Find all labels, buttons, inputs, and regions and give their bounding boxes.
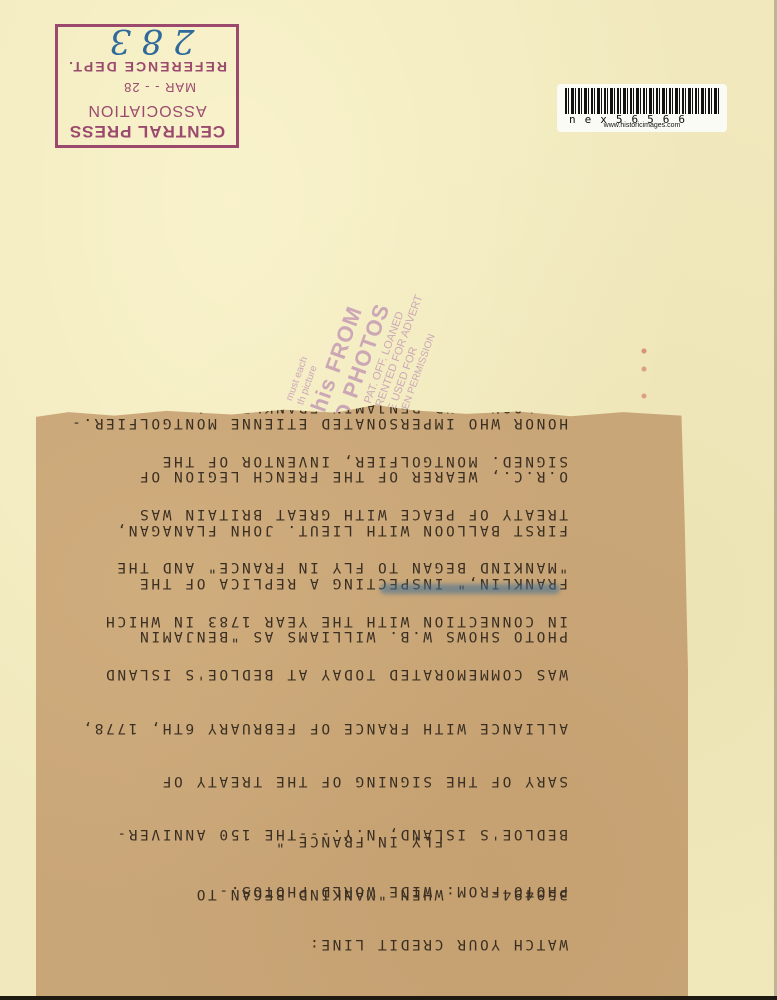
body-line: SARY OF THE SIGNING OF THE TREATY OF xyxy=(46,771,568,789)
blue-ink-smudge xyxy=(380,584,560,594)
headline-line: 350494- WHEN "MANKIND BEGAN TO xyxy=(46,885,568,903)
caption-date: 2/4/28.- xyxy=(146,360,237,378)
caption-text: WATCH YOUR CREDIT LINE: PHOTO FROM: WIDE… xyxy=(36,405,688,996)
body-line: BEDLOE'S ISLAND, N.Y.---THE 150 ANNIVER- xyxy=(46,825,568,843)
stamp-line-central-press: CENTRAL PRESS xyxy=(58,121,236,141)
barcode-label: nex56566 www.historicimages.com xyxy=(557,84,727,132)
stamp-line-association: ASSOCIATION xyxy=(58,101,236,119)
photo-line: PHOTO SHOWS W.B. WILLIAMS AS "BENJAMIN xyxy=(46,627,568,645)
photo-line: HONOR WHO IMPERSONATED ETIENNE MONTGOLFI… xyxy=(46,413,568,431)
body-line: ALLIANCE WITH FRANCE OF FEBRUARY 6TH, 17… xyxy=(46,718,568,736)
photo-line: FIRST BALLOON WITH LIEUT. JOHN FLANAGAN, xyxy=(46,520,568,538)
stamp-line-reference-dept: REFERENCE DEPT. xyxy=(58,59,236,75)
barcode-icon xyxy=(565,88,719,114)
stamp-date: MAR - - 28 xyxy=(58,80,196,95)
caption-slip: WATCH YOUR CREDIT LINE: PHOTO FROM: WIDE… xyxy=(36,405,688,996)
barcode-url: www.historicimages.com xyxy=(557,122,727,129)
photo-line: O.R.C., WEARER OF THE FRENCH LEGION OF xyxy=(46,466,568,484)
page-edge-bottom xyxy=(0,996,777,1000)
red-ink-specks xyxy=(640,345,648,405)
handwritten-number: 283 xyxy=(68,21,226,61)
central-press-stamp: CENTRAL PRESS ASSOCIATION MAR - - 28 REF… xyxy=(55,24,239,148)
